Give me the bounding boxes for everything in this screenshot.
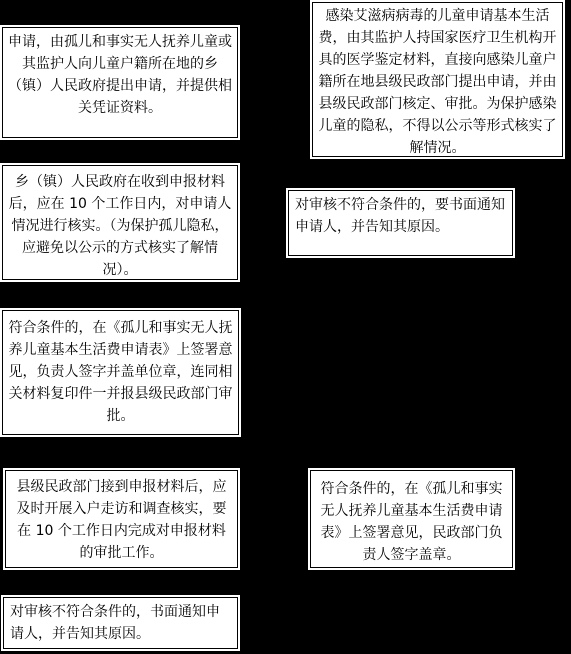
flow-box-township-approval-sign: 符合条件的，在《孤儿和事实无人抚养儿童基本生活费申请表》上签署意见，负责人签字并… xyxy=(2,310,239,435)
flow-box-application: 申请，由孤儿和事实无人抚养儿童或其监护人向儿童户籍所在地的乡（镇）人民政府提出申… xyxy=(2,27,238,138)
flow-box-county-reject-notice: 对审核不符合条件的，书面通知申请人，并告知其原因。 xyxy=(3,597,238,649)
flow-box-township-verification: 乡（镇）人民政府在收到申报材料后，应在 10 个工作日内，对申请人情况进行核实。… xyxy=(2,165,238,280)
flow-box-county-review: 县级民政部门接到申报材料后，应及时开展入户走访和调查核实，要在 10 个工作日内… xyxy=(5,470,238,568)
flow-box-township-reject-notice: 对审核不符合条件的，要书面通知申请人，并告知其原因。 xyxy=(288,190,513,256)
flow-box-hiv-children-direct-application: 感染艾滋病病毒的儿童申请基本生活费，由其监护人持国家医疗卫生机构开具的医学鉴定材… xyxy=(312,2,563,157)
flowchart-canvas: 申请，由孤儿和事实无人抚养儿童或其监护人向儿童户籍所在地的乡（镇）人民政府提出申… xyxy=(0,0,571,654)
flow-box-county-approval-sign: 符合条件的，在《孤儿和事实无人抚养儿童基本生活费申请表》上签署意见，民政部门负责… xyxy=(310,470,513,568)
